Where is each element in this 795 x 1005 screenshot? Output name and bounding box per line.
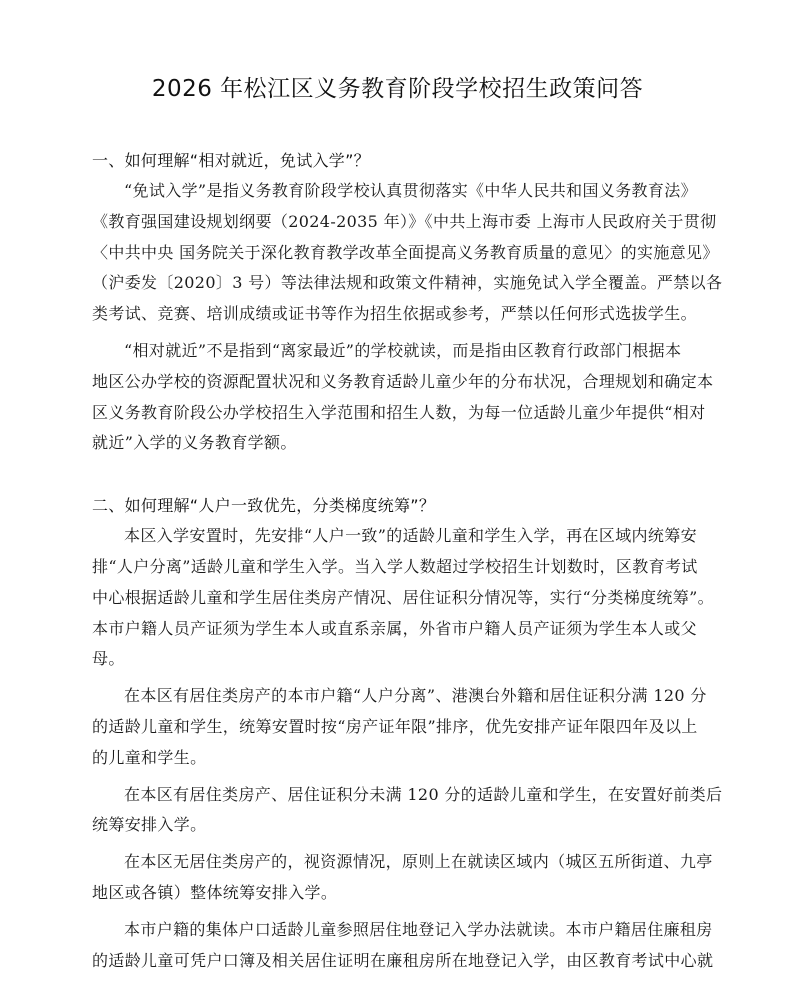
- text-line: 的适龄儿童和学生，统筹安置时按“房产证年限”排序，优先安排产证年限四年及以上: [92, 712, 712, 743]
- paragraph: “免试入学”是指义务教育阶段学校认真贯彻落实《中华人民共和国义务教育法》 《教育…: [92, 176, 712, 330]
- text-line: 区义务教育阶段公办学校招生入学范围和招生人数，为每一位适龄儿童少年提供“相对: [92, 398, 712, 429]
- paragraph: “相对就近”不是指到“离家最近”的学校就读，而是指由区教育行政部门根据本 地区公…: [92, 336, 712, 459]
- text-line: 本区入学安置时，先安排“人户一致”的适龄儿童和学生入学，再在区域内统筹安: [92, 521, 712, 552]
- text-line: 在本区无居住类房产的，视资源情况，原则上在就读区域内（城区五所街道、九亭: [92, 847, 712, 878]
- text-line: 地区或各镇）整体统筹安排入学。: [92, 878, 712, 909]
- text-line: 的儿童和学生。: [92, 743, 712, 774]
- text-line: “免试入学”是指义务教育阶段学校认真贯彻落实《中华人民共和国义务教育法》: [92, 176, 712, 207]
- paragraph: 在本区有居住类房产、居住证积分未满 120 分的适龄儿童和学生，在安置好前类后 …: [92, 780, 712, 842]
- text-line: 本市户籍的集体户口适龄儿童参照居住地登记入学办法就读。本市户籍居住廉租房: [92, 915, 712, 946]
- section-1: 一、如何理解“相对就近，免试入学”？ “免试入学”是指义务教育阶段学校认真贯彻落…: [92, 146, 712, 459]
- document-page: 2026 年松江区义务教育阶段学校招生政策问答 一、如何理解“相对就近，免试入学…: [0, 0, 795, 1005]
- text-line: 就近”入学的义务教育学额。: [92, 428, 712, 459]
- text-line: “相对就近”不是指到“离家最近”的学校就读，而是指由区教育行政部门根据本: [92, 336, 712, 367]
- text-line: 在本区有居住类房产、居住证积分未满 120 分的适龄儿童和学生，在安置好前类后: [92, 780, 712, 811]
- document-body: 一、如何理解“相对就近，免试入学”？ “免试入学”是指义务教育阶段学校认真贯彻落…: [92, 146, 712, 976]
- text-line: 《教育强国建设规划纲要（2024-2035 年）》《中共上海市委 上海市人民政府…: [92, 207, 712, 238]
- text-line: 中心根据适龄儿童和学生居住类房产情况、居住证积分情况等，实行“分类梯度统筹”。: [92, 583, 712, 614]
- paragraph: 本区入学安置时，先安排“人户一致”的适龄儿童和学生入学，再在区域内统筹安 排“人…: [92, 521, 712, 675]
- text-line: 地区公办学校的资源配置状况和义务教育适龄儿童少年的分布状况，合理规划和确定本: [92, 367, 712, 398]
- text-line: 排“人户分离”适龄儿童和学生入学。当入学人数超过学校招生计划数时，区教育考试: [92, 552, 712, 583]
- text-line: （沪委发〔2020〕3 号）等法律法规和政策文件精神，实施免试入学全覆盖。严禁以…: [92, 268, 712, 299]
- text-line: 〈中共中央 国务院关于深化教育教学改革全面提高义务教育质量的意见〉的实施意见》: [92, 238, 712, 269]
- text-line: 的适龄儿童可凭户口簿及相关居住证明在廉租房所在地登记入学，由区教育考试中心就: [92, 946, 712, 977]
- text-line: 母。: [92, 644, 712, 675]
- text-line: 本市户籍人员产证须为学生本人或直系亲属，外省市户籍人员产证须为学生本人或父: [92, 614, 712, 645]
- section-heading: 二、如何理解“人户一致优先，分类梯度统筹”？: [92, 491, 712, 521]
- text-line: 类考试、竞赛、培训成绩或证书等作为招生依据或参考，严禁以任何形式选拔学生。: [92, 299, 712, 330]
- text-line: 统筹安排入学。: [92, 810, 712, 841]
- paragraph: 在本区有居住类房产的本市户籍“人户分离”、港澳台外籍和居住证积分满 120 分 …: [92, 681, 712, 773]
- section-heading: 一、如何理解“相对就近，免试入学”？: [92, 146, 712, 176]
- section-spacer: [92, 459, 712, 491]
- paragraph: 本市户籍的集体户口适龄儿童参照居住地登记入学办法就读。本市户籍居住廉租房 的适龄…: [92, 915, 712, 977]
- text-line: 在本区有居住类房产的本市户籍“人户分离”、港澳台外籍和居住证积分满 120 分: [92, 681, 712, 712]
- document-title: 2026 年松江区义务教育阶段学校招生政策问答: [0, 70, 795, 103]
- paragraph: 在本区无居住类房产的，视资源情况，原则上在就读区域内（城区五所街道、九亭 地区或…: [92, 847, 712, 909]
- section-2: 二、如何理解“人户一致优先，分类梯度统筹”？ 本区入学安置时，先安排“人户一致”…: [92, 491, 712, 976]
